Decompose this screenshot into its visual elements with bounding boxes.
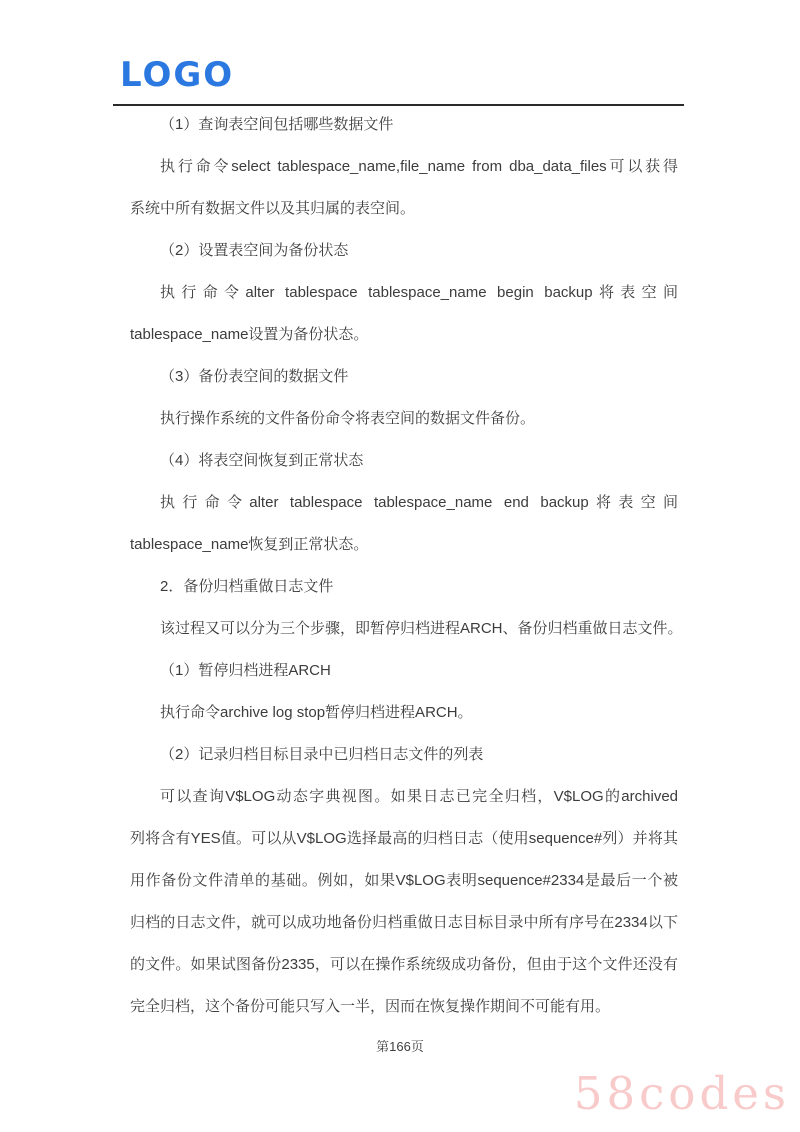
document-lines: （1）查询表空间包括哪些数据文件执行命令select tablespace_na… (130, 104, 678, 1028)
text-line: 系统中所有数据文件以及其归属的表空间。 (130, 188, 678, 230)
text-line: tablespace_name恢复到正常状态。 (130, 524, 678, 566)
text-line: （2）记录归档目标目录中已归档日志文件的列表 (130, 734, 678, 776)
text-line: 用作备份文件清单的基础。例如，如果V$LOG表明sequence#2334是最后… (130, 860, 678, 902)
text-line: （4）将表空间恢复到正常状态 (130, 440, 678, 482)
text-line: 执行命令alter tablespace tablespace_name beg… (130, 272, 678, 314)
text-line: 的文件。如果试图备份2335，可以在操作系统级成功备份，但由于这个文件还没有 (130, 944, 678, 986)
document-body: （1）查询表空间包括哪些数据文件执行命令select tablespace_na… (130, 104, 678, 1028)
page-number: 第166页 (0, 1036, 800, 1055)
text-line: （1）暂停归档进程ARCH (130, 650, 678, 692)
text-line: 执行操作系统的文件备份命令将表空间的数据文件备份。 (130, 398, 678, 440)
text-line: （3）备份表空间的数据文件 (130, 356, 678, 398)
watermark: 58codes (574, 1068, 790, 1120)
text-line: 执行命令alter tablespace tablespace_name end… (130, 482, 678, 524)
text-line: tablespace_name设置为备份状态。 (130, 314, 678, 356)
logo: LOGO (120, 56, 234, 94)
text-line: （1）查询表空间包括哪些数据文件 (130, 104, 678, 146)
text-line: 执行命令archive log stop暂停归档进程ARCH。 (130, 692, 678, 734)
text-line: 2．备份归档重做日志文件 (130, 566, 678, 608)
text-line: 可以查询V$LOG动态字典视图。如果日志已完全归档，V$LOG的archived (130, 776, 678, 818)
text-line: （2）设置表空间为备份状态 (130, 230, 678, 272)
text-line: 完全归档，这个备份可能只写入一半，因而在恢复操作期间不可能有用。 (130, 986, 678, 1028)
text-line: 该过程又可以分为三个步骤，即暂停归档进程ARCH、备份归档重做日志文件。 (130, 608, 678, 650)
document-page: LOGO （1）查询表空间包括哪些数据文件执行命令select tablespa… (0, 0, 800, 1132)
text-line: 执行命令select tablespace_name,file_name fro… (130, 146, 678, 188)
text-line: 归档的日志文件，就可以成功地备份归档重做日志目标目录中所有序号在2334以下 (130, 902, 678, 944)
text-line: 列将含有YES值。可以从V$LOG选择最高的归档日志（使用sequence#列）… (130, 818, 678, 860)
